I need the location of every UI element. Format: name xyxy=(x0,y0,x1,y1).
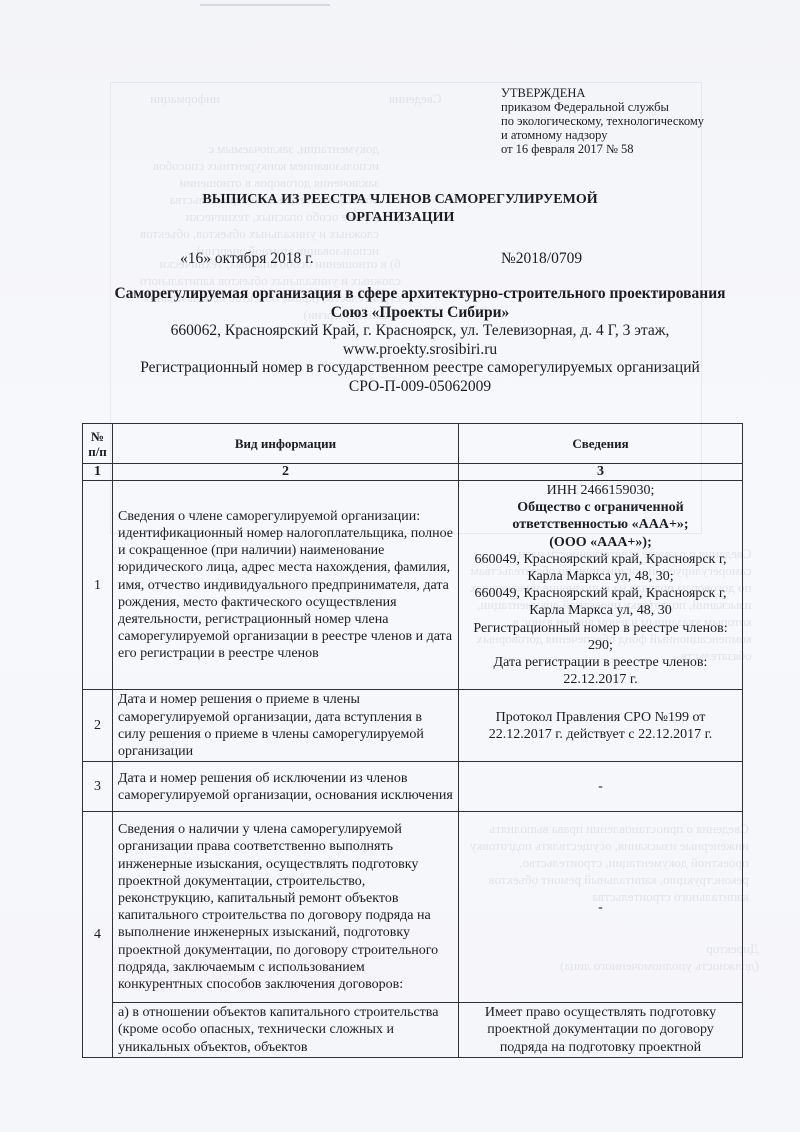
bleed-through-text: Сведения информации xyxy=(150,90,442,107)
row-info: Дата и номер решения об исключении из чл… xyxy=(113,762,459,812)
organization-block: Саморегулируемая организация в сфере арх… xyxy=(60,285,780,396)
row-value: - xyxy=(459,812,743,1003)
header-value: Сведения xyxy=(459,424,743,464)
row-number: 2 xyxy=(83,690,113,762)
row-value: Протокол Правления СРО №199 от 22.12.201… xyxy=(459,690,743,762)
approval-line: и атомному надзору xyxy=(501,128,704,142)
table-header-row: № п/п Вид информации Сведения xyxy=(83,424,743,464)
document-page: Сведения информации документации, заключ… xyxy=(0,0,800,1132)
approval-line: по экологическому, технологическому xyxy=(501,114,704,128)
row-value-line: Регистрационный номер в реестре членов: … xyxy=(464,620,737,654)
scan-edge xyxy=(200,4,330,6)
row-value-line: 660049, Красноярский край, Красноярск г,… xyxy=(464,551,737,585)
row-value-line: ИНН 2466159030; xyxy=(464,482,737,499)
header-info: Вид информации xyxy=(113,424,459,464)
table-row: 1 Сведения о члене саморегулируемой орга… xyxy=(83,481,743,690)
table-row: 4 Сведения о наличии у члена саморегулир… xyxy=(83,812,743,1003)
index-cell: 2 xyxy=(113,464,459,481)
row-number: 4 xyxy=(83,812,113,1058)
org-reg-label: Регистрационный номер в государственном … xyxy=(60,359,780,378)
row-number: 1 xyxy=(83,481,113,690)
title-line: ВЫПИСКА ИЗ РЕЕСТРА ЧЛЕНОВ САМОРЕГУЛИРУЕМ… xyxy=(160,191,640,209)
row-number: 3 xyxy=(83,762,113,812)
row-value-line: 660049, Красноярский край, Красноярск г,… xyxy=(464,585,737,619)
issue-number: №2018/0709 xyxy=(501,250,582,268)
subrow-value: Имеет право осуществлять подготовку прое… xyxy=(459,1003,743,1058)
row-info: Сведения о члене саморегулируемой органи… xyxy=(113,481,459,690)
approval-heading: УТВЕРЖДЕНА xyxy=(501,86,704,100)
header-num-label: п/п xyxy=(88,444,107,459)
index-cell: 3 xyxy=(459,464,743,481)
org-address: 660062, Красноярский Край, г. Красноярск… xyxy=(60,322,780,341)
table-row: 3 Дата и номер решения об исключении из … xyxy=(83,762,743,812)
approval-line: от 16 февраля 2017 № 58 xyxy=(501,142,704,156)
issue-date: «16» октября 2018 г. xyxy=(180,250,314,268)
index-cell: 1 xyxy=(83,464,113,481)
approval-line: приказом Федеральной службы xyxy=(501,100,704,114)
subrow-info: а) в отношении объектов капитального стр… xyxy=(113,1003,459,1058)
org-website: www.proekty.srosibiri.ru xyxy=(60,341,780,360)
table-subrow: а) в отношении объектов капитального стр… xyxy=(83,1003,743,1058)
table-index-row: 1 2 3 xyxy=(83,464,743,481)
approval-block: УТВЕРЖДЕНА приказом Федеральной службы п… xyxy=(501,86,704,156)
row-info: Сведения о наличии у члена саморегулируе… xyxy=(113,812,459,1003)
row-value: ИНН 2466159030;Общество с ограниченной о… xyxy=(459,481,743,690)
registry-table: № п/п Вид информации Сведения 1 2 3 1 Св… xyxy=(82,423,743,1058)
org-reg-number: СРО-П-009-05062009 xyxy=(60,378,780,397)
header-num: № п/п xyxy=(83,424,113,464)
document-title: ВЫПИСКА ИЗ РЕЕСТРА ЧЛЕНОВ САМОРЕГУЛИРУЕМ… xyxy=(160,191,640,227)
row-value-line: Дата регистрации в реестре членов: 22.12… xyxy=(464,654,737,688)
row-value-line: Общество с ограниченной ответственностью… xyxy=(464,499,737,533)
org-name: Саморегулируемая организация в сфере арх… xyxy=(60,285,780,304)
title-line: ОРГАНИЗАЦИИ xyxy=(160,209,640,227)
header-num-symbol: № xyxy=(91,429,104,444)
row-value-line: (ООО «ААА+»); xyxy=(464,534,737,551)
table-row: 2 Дата и номер решения о приеме в члены … xyxy=(83,690,743,762)
row-info: Дата и номер решения о приеме в члены са… xyxy=(113,690,459,762)
row-value: - xyxy=(459,762,743,812)
org-name-short: Союз «Проекты Сибири» xyxy=(60,304,780,323)
